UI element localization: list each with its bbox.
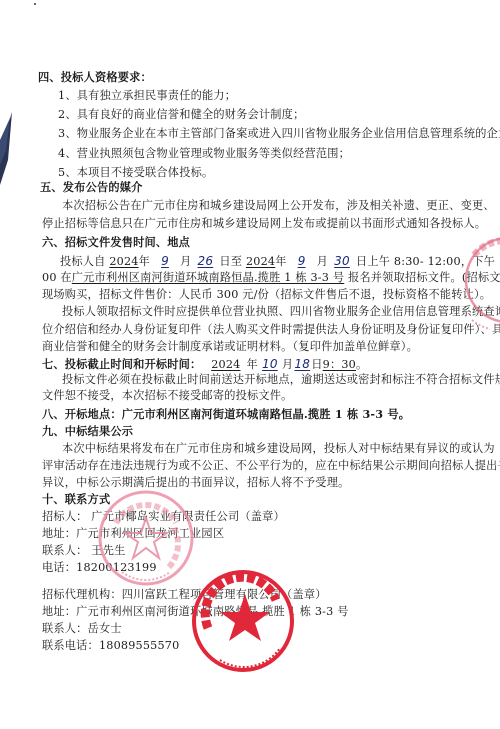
section-7-paragraph-line-2: 文件恕不接受，本次招标不接受邮寄的投标文件。 <box>42 389 293 403</box>
tenderer-name: 招标人： 广元市椰岛实业有限责任公司（盖章） <box>42 510 285 524</box>
section-9-paragraph-line-1: 本次中标结果将发布在广元市住房和城乡建设局网，投标人对中标结果有异议的或认为 <box>62 442 495 456</box>
sale-end-month-handwritten: 9 <box>287 254 317 268</box>
agent-company-seal-icon <box>190 568 296 674</box>
qualification-item-4: 4、营业执照须包含物业管理或物业服务等类似经营范围； <box>58 147 350 161</box>
section-7-title-line: 七、投标截止时间和开标时间： 2024年10月18日9：30。 <box>42 357 367 372</box>
agent-address: 地址：广元市利州区南河街道环城南路恒晶.揽胜 1 栋 3-3 号 <box>42 605 349 619</box>
sale-end-day-handwritten: 30 <box>328 254 356 268</box>
day-label: 日 <box>311 358 322 371</box>
tenderer-contact: 联系人： 王先生 <box>42 544 125 558</box>
section-5-title: 五、发布公告的媒介 <box>40 180 143 194</box>
document-page: 四、投标人资格要求： 1、具有独立承担民事责任的能力； 2、具有良好的商业信誉和… <box>0 0 500 729</box>
agent-contact: 联系人：岳女士 <box>42 622 122 636</box>
scan-speck <box>34 3 36 5</box>
period: 。 <box>356 358 367 371</box>
section-7-paragraph-line-1: 投标文件必须在投标截止时间前送达开标地点，逾期送达或密封和标注不符合招标文件规定… <box>62 373 500 387</box>
section-9-paragraph-line-3: 异议，中标公示期满后提出的书面异议，招标人将不予受理。 <box>42 476 349 490</box>
section-6-paragraph-line-1: 投标人领取招标文件时应提供单位营业执照、四川省物业服务企业信用信息管理系统查询截… <box>62 305 500 319</box>
sale-start-month-handwritten: 9 <box>150 254 180 268</box>
sale-time-text: 日上午 8:30- 12:00，下午 14：30-18： <box>356 255 500 268</box>
section-7-title: 七、投标截止时间和开标时间： <box>42 357 201 371</box>
qualification-item-3: 3、物业服务企业在本市主管部门备案或进入四川省物业服务企业信用信息管理系统的企业… <box>58 127 500 141</box>
month-label: 月 <box>180 255 191 268</box>
year-label: 年 <box>275 255 286 268</box>
section-6-paragraph-line-2: 位介绍信和经办人身份证复印件（法人购买文件时需提供法人身份证明及身份证复印件）、… <box>42 323 500 337</box>
sale-period-line: 投标人自 2024年9月26日至 2024年9月30日上午 8:30- 12:0… <box>60 254 500 269</box>
to-label: 日至 <box>219 255 242 268</box>
agent-name: 招标代理机构：四川富跃工程项目管理有限公司（盖章） <box>42 588 327 602</box>
sale-location: 广元市利州区南河街道环城南路恒晶.揽胜 1 栋 3-3 号 <box>72 271 344 284</box>
section-8-title: 八、开标地点：广元市利州区南河街道环城南路恒晶.揽胜 1 栋 3-3 号。 <box>42 407 410 421</box>
qualification-item-1: 1、具有独立承担民事责任的能力； <box>58 89 236 103</box>
qualification-item-5: 5、本项目不接受联合体投标。 <box>58 166 213 180</box>
sale-start-day-handwritten: 26 <box>191 254 219 268</box>
sale-price-line: 现场购买，招标文件售价：人民币 300 元/份（招标文件售后不退，投标资格不能转… <box>42 288 491 302</box>
qualification-item-2: 2、具有良好的商业信誉和健全的财务会计制度； <box>58 108 304 122</box>
section-6-title: 六、招标文件发售时间、地点 <box>42 235 190 249</box>
deadline-time: 9：30 <box>323 358 356 371</box>
sale-location-line: 00 在广元市利州区南河街道环城南路恒晶.揽胜 1 栋 3-3 号 报名并领取招… <box>42 271 500 285</box>
year-label: 年 <box>139 255 150 268</box>
tenderer-address: 地址：广元市利州区回龙河工业园区 <box>42 527 224 541</box>
month-label: 月 <box>282 358 293 371</box>
sale-end-year: 2024 <box>246 255 275 268</box>
section-6-paragraph-line-3: 商业信誉和健全的财务会计制度承诺或证明材料。（复印件加盖单位鲜章）。 <box>42 340 418 354</box>
deadline-day-handwritten: 18 <box>293 357 311 371</box>
section-9-title: 九、中标结果公示 <box>42 424 133 438</box>
deadline-year: 2024 <box>205 358 246 371</box>
sale-start-year: 2024 <box>109 255 138 268</box>
agent-phone: 联系电话：18089555570 <box>42 639 179 653</box>
tenderer-phone: 电话：18200123199 <box>42 561 157 575</box>
deadline-month-handwritten: 10 <box>258 357 282 371</box>
section-4-title: 四、投标人资格要求： <box>38 70 152 84</box>
sale-prefix: 投标人自 <box>60 255 106 268</box>
section-10-title: 十、联系方式 <box>42 492 110 506</box>
year-label: 年 <box>246 358 257 371</box>
month-label: 月 <box>317 255 328 268</box>
section-5-paragraph-line-2: 停止招标等信息只在广元市住房和城乡建设局网上发布或提前以书面形式通知各投标人。 <box>42 217 486 231</box>
sale-line2-suffix: 报名并领取招标文件。(招标文件获取方式： <box>348 271 500 284</box>
section-5-paragraph-line-1: 本次招标公告在广元市住房和城乡建设局网上公开发布，涉及相关补遗、更正、变更、 <box>62 199 495 213</box>
section-9-paragraph-line-2: 评审活动存在违法违规行为或不公正、不公平行为的，应在中标结果公示期间向招标人提出… <box>42 459 500 473</box>
scan-shadow-shape <box>0 0 30 220</box>
sale-line2-prefix: 00 在 <box>42 271 72 284</box>
